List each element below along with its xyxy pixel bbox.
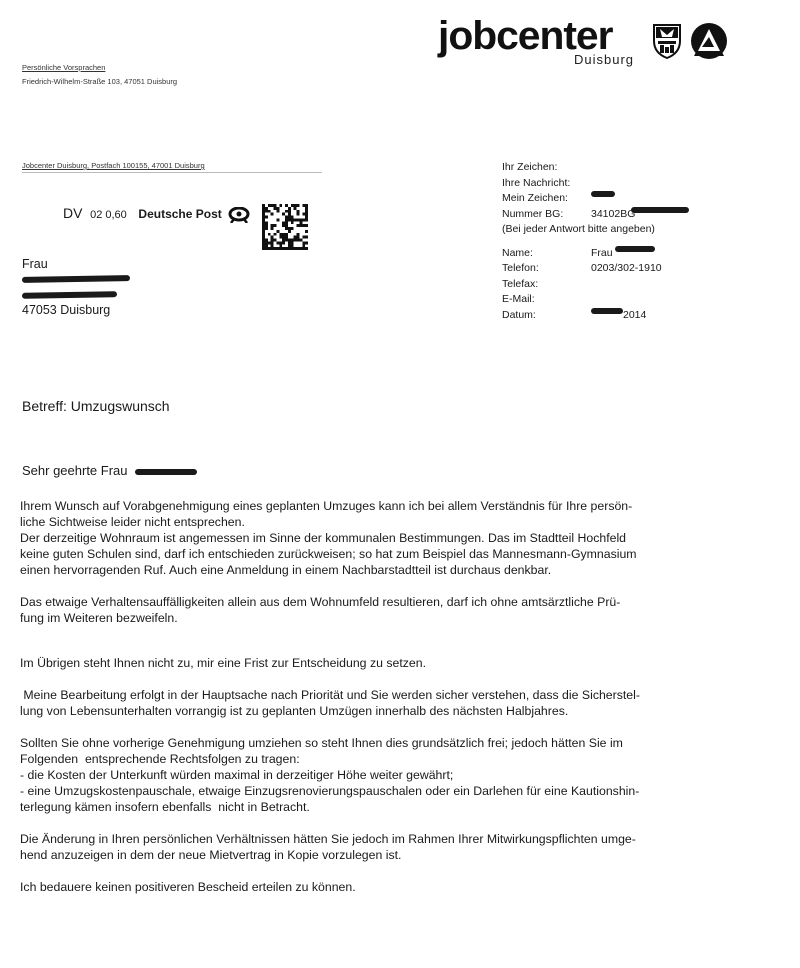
- redacted-bg-number: [631, 207, 689, 213]
- info-row-mein-zeichen: Mein Zeichen:: [502, 191, 689, 207]
- datamatrix-icon: [262, 204, 308, 250]
- contact-row-email: E-Mail:: [502, 292, 689, 308]
- body-line: Sollten Sie ohne vorherige Genehmigung u…: [20, 735, 772, 751]
- franking-brand: Deutsche Post: [138, 207, 221, 221]
- body-line: Das etwaige Verhaltensauffälligkeiten al…: [20, 594, 772, 610]
- info-row-ihre-nachricht: Ihre Nachricht:: [502, 176, 689, 192]
- body-line: Ich bedauere keinen positiveren Bescheid…: [20, 879, 772, 895]
- body-line: Im Übrigen steht Ihnen nicht zu, mir ein…: [20, 655, 772, 671]
- redacted-recipient-street: [22, 291, 117, 299]
- coat-of-arms-icon: [652, 23, 682, 59]
- body-line: lung von Lebensunterhalten vorrangig ist…: [20, 703, 772, 719]
- info-note-text: (Bei jeder Antwort bitte angeben): [502, 222, 655, 238]
- contact-label: Datum:: [502, 308, 591, 324]
- greeting-text: Sehr geehrte Frau: [22, 463, 128, 478]
- letter-subject: Betreff: Umzugswunsch: [22, 398, 170, 414]
- contact-value: Frau: [591, 246, 613, 262]
- contact-row-name: Name: Frau: [502, 246, 689, 262]
- contact-row-datum: Datum: 2014: [502, 308, 689, 324]
- body-line: Ihrem Wunsch auf Vorabgenehmigung eines …: [20, 498, 772, 514]
- body-line: Meine Bearbeitung erfolgt in der Hauptsa…: [20, 687, 772, 703]
- body-line: Die Änderung in Ihren persönlichen Verhä…: [20, 831, 772, 847]
- jobcenter-logo: jobcenter Duisburg: [438, 18, 738, 68]
- visit-label: Persönliche Vorsprachen: [22, 63, 105, 72]
- reference-info-block: Ihr Zeichen: Ihre Nachricht: Mein Zeiche…: [502, 160, 689, 323]
- info-label: Ihre Nachricht:: [502, 176, 591, 192]
- body-line: - eine Umzugskostenpauschale, etwaige Ei…: [20, 783, 772, 799]
- contact-label: E-Mail:: [502, 292, 591, 308]
- contact-label: Telefax:: [502, 277, 591, 293]
- contact-value: 2014: [623, 308, 646, 324]
- franking-code: DV: [63, 205, 82, 221]
- body-line: Folgenden entsprechende Rechtsfolgen zu …: [20, 751, 772, 767]
- redacted-clerk-name: [615, 246, 655, 252]
- contact-row-telefon: Telefon: 0203/302-1910: [502, 261, 689, 277]
- franking-numbers: 02 0,60: [90, 209, 127, 221]
- info-note: (Bei jeder Antwort bitte angeben): [502, 222, 689, 238]
- redacted-date: [591, 308, 623, 314]
- info-row-nummer-bg: Nummer BG: 34102BG: [502, 207, 689, 223]
- info-label: Mein Zeichen:: [502, 191, 591, 207]
- body-line: terlegung kämen insofern ebenfalls nicht…: [20, 799, 772, 815]
- contact-value: 0203/302-1910: [591, 261, 662, 277]
- letter-body: Ihrem Wunsch auf Vorabgenehmigung eines …: [20, 498, 772, 895]
- body-line: einen hervorragenden Ruf. Auch eine Anme…: [20, 562, 772, 578]
- info-value: 34102BG: [591, 207, 635, 223]
- recipient-salutation: Frau: [22, 257, 48, 271]
- return-address: Jobcenter Duisburg, Postfach 100155, 470…: [22, 161, 205, 170]
- agency-arrow-icon: [690, 22, 728, 60]
- recipient-city: 47053 Duisburg: [22, 303, 110, 317]
- post-horn-icon: [228, 207, 250, 223]
- body-line: hend anzuzeigen in dem der neue Mietvert…: [20, 847, 772, 863]
- body-line: liche Sichtweise leider nicht entspreche…: [20, 514, 772, 530]
- contact-label: Telefon:: [502, 261, 591, 277]
- return-address-rule: [22, 172, 322, 173]
- body-line: Der derzeitige Wohnraum ist angemessen i…: [20, 530, 772, 546]
- letter-greeting: Sehr geehrte Frau: [22, 463, 197, 478]
- contact-row-telefax: Telefax:: [502, 277, 689, 293]
- visit-address: Friedrich-Wilhelm-Straße 103, 47051 Duis…: [22, 77, 177, 86]
- info-label: Ihr Zeichen:: [502, 160, 591, 176]
- postage-franking: DV 02 0,60 Deutsche Post: [63, 205, 250, 223]
- logo-city: Duisburg: [574, 52, 634, 67]
- body-line: keine guten Schulen sind, darf ich entsc…: [20, 546, 772, 562]
- redacted-reference: [591, 191, 615, 197]
- contact-label: Name:: [502, 246, 591, 262]
- body-line: fung im Weiteren bezweifeln.: [20, 610, 772, 626]
- redacted-recipient-name: [22, 275, 130, 283]
- redacted-recipient-surname: [135, 469, 197, 475]
- info-label: Nummer BG:: [502, 207, 591, 223]
- body-line: - die Kosten der Unterkunft würden maxim…: [20, 767, 772, 783]
- info-row-ihr-zeichen: Ihr Zeichen:: [502, 160, 689, 176]
